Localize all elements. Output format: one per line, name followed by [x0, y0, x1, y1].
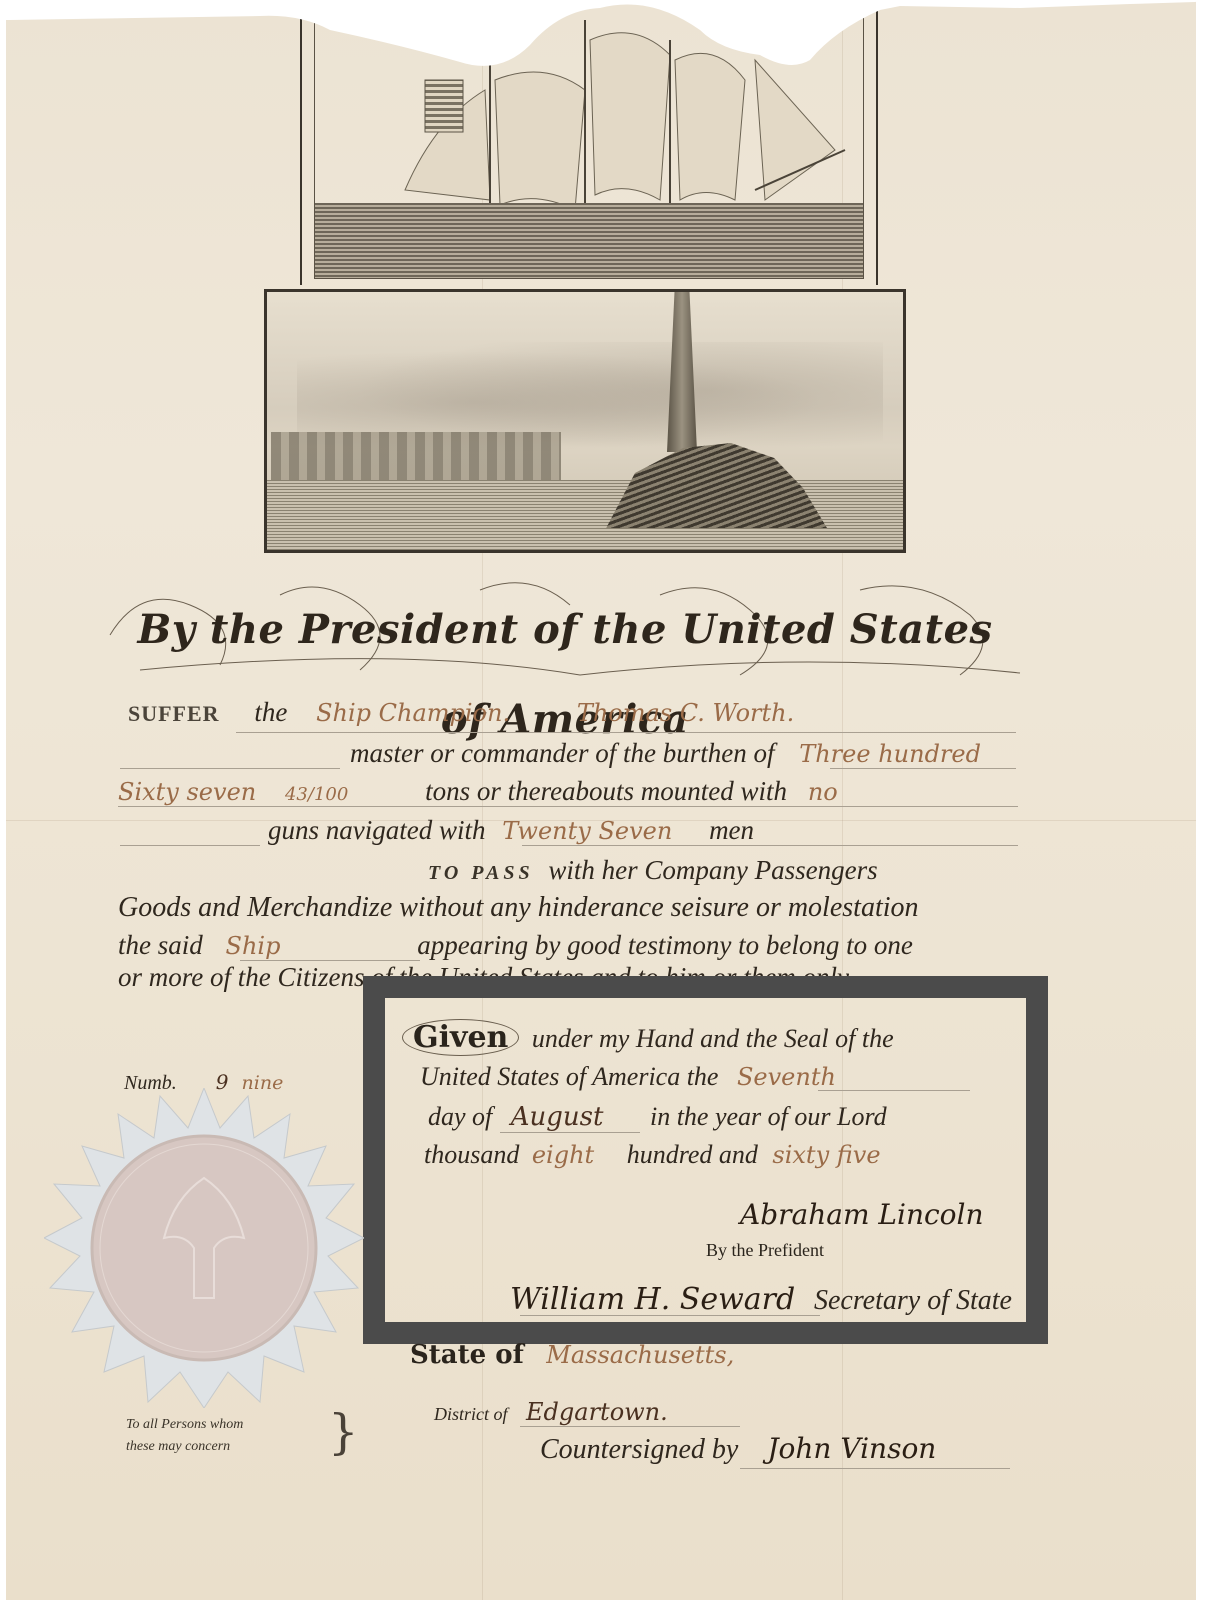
month-suffix: in the year of our Lord	[650, 1102, 887, 1131]
month-line: day of August in the year of our Lord	[428, 1102, 887, 1132]
president-signature: Abraham Lincoln	[740, 1198, 984, 1231]
sea	[315, 203, 863, 278]
brace-icon: }	[328, 1408, 359, 1456]
year-prefix: thousand	[424, 1140, 519, 1169]
year-line: thousand eight hundred and sixty five	[424, 1140, 881, 1170]
citizens-line: or more of the Citizens of the United St…	[118, 962, 854, 993]
burthen-line2: Sixty seven	[118, 778, 256, 806]
date-line: United States of America the Seventh	[420, 1062, 836, 1092]
year-middle: hundred and	[627, 1140, 758, 1169]
fill-line	[520, 1426, 740, 1427]
tons-line: Sixty seven 43/100 tons or thereabouts m…	[118, 776, 838, 807]
state-label: State of	[410, 1340, 524, 1370]
day-value: Seventh	[737, 1063, 836, 1091]
suffer-line: SUFFER the Ship Champion. Thomas C. Wort…	[128, 697, 794, 728]
by-the-president: By the Prefident	[706, 1240, 824, 1261]
secretary-line: William H. Seward Secretary of State	[510, 1282, 1012, 1317]
to-pass-line: TO PASS with her Company Passengers	[428, 855, 878, 886]
men-text: men	[709, 815, 754, 845]
district-label: District of	[434, 1404, 508, 1424]
addressee-line1: To all Persons whom	[126, 1414, 243, 1436]
fill-line	[522, 845, 1018, 846]
the-said-line: the said Ship appearing by good testimon…	[118, 930, 913, 961]
given-label: Given	[402, 1019, 519, 1056]
tons-text: tons or thereabouts mounted with	[425, 776, 787, 806]
master-text: master or commander of the burthen of	[350, 738, 774, 768]
burthen-line1: Three hundred	[799, 740, 981, 768]
given-line: Given under my Hand and the Seal of the	[402, 1020, 894, 1055]
appearing-text: appearing by good testimony to belong to…	[417, 930, 913, 960]
fill-line	[120, 768, 340, 769]
addressee-line2: these may concern	[126, 1436, 243, 1458]
paper-seal-icon	[44, 1088, 364, 1408]
fill-line	[520, 1315, 820, 1316]
master-line: master or commander of the burthen of Th…	[350, 738, 981, 769]
ship-engraving	[300, 0, 878, 285]
month-value: August	[511, 1102, 604, 1132]
harbor-engraving	[264, 289, 906, 553]
to-pass-label: TO PASS	[428, 862, 534, 884]
master-name: Thomas C. Worth.	[577, 699, 794, 727]
countersigned-signature: John Vinson	[767, 1432, 936, 1465]
guns-line: guns navigated with Twenty Seven men	[268, 815, 754, 846]
date-prefix: United States of America the	[420, 1062, 718, 1091]
addressee: To all Persons whom these may concern	[126, 1414, 243, 1458]
suffer-label: SUFFER	[128, 701, 220, 726]
the-said-text: the said	[118, 930, 203, 960]
guns-text: guns navigated with	[268, 815, 486, 845]
year-word: sixty five	[772, 1141, 880, 1169]
fill-line	[236, 732, 1016, 733]
city-skyline	[271, 432, 561, 482]
state-value: Massachusetts,	[546, 1341, 734, 1369]
men-count: Twenty Seven	[502, 817, 672, 845]
guns-count: no	[808, 778, 838, 806]
vessel-type: Ship	[226, 932, 281, 960]
with-her-text: with her Company Passengers	[548, 855, 877, 885]
countersigned-label: Countersigned by	[540, 1434, 738, 1465]
document-heading: By the President of the United States of…	[110, 585, 1020, 675]
secretary-signature: William H. Seward	[510, 1282, 795, 1317]
vessel-name: Ship Champion.	[316, 699, 510, 727]
century-word: eight	[532, 1141, 594, 1169]
countersigned-line: Countersigned by John Vinson	[540, 1432, 936, 1466]
secretary-title: Secretary of State	[814, 1285, 1012, 1316]
lighthouse-icon	[667, 292, 697, 452]
burthen-fraction: 43/100	[285, 784, 348, 805]
fill-line	[240, 960, 420, 961]
fill-line	[118, 806, 1018, 807]
fill-line	[500, 1132, 640, 1133]
district-value: Edgartown.	[526, 1398, 668, 1426]
given-line1: under my Hand and the Seal of the	[532, 1024, 894, 1053]
goods-line: Goods and Merchandize without any hinder…	[118, 892, 919, 924]
state-line: State of Massachusetts,	[410, 1340, 734, 1370]
the-text: the	[254, 697, 287, 727]
fill-line	[740, 1468, 1010, 1469]
fill-line	[830, 768, 1016, 769]
fill-line	[818, 1090, 970, 1091]
fill-line	[120, 845, 260, 846]
month-prefix: day of	[428, 1102, 492, 1131]
district-line: District of Edgartown.	[434, 1398, 668, 1426]
